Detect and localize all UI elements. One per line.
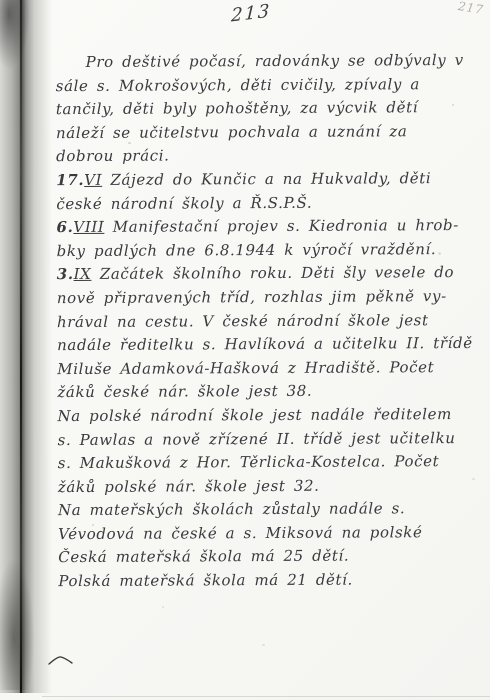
handwritten-line: tančily, děti byly pohoštěny, za výcvik … bbox=[56, 96, 476, 122]
date-number: 17. bbox=[56, 171, 84, 189]
scanned-chronicle-page: 213 217 Pro deštivé počasí, radovánky se… bbox=[0, 0, 490, 700]
paper-speckle bbox=[162, 606, 164, 608]
handwritten-line: Polská mateřská škola má 21 dětí. bbox=[58, 568, 478, 594]
handwritten-line: žáků české nár. škole jest 38. bbox=[57, 379, 477, 405]
handwritten-line: Česká mateřská škola má 25 dětí. bbox=[58, 544, 478, 570]
handwritten-text-block: Pro deštivé počasí, radovánky se odbýval… bbox=[56, 49, 479, 594]
roman-month: VI bbox=[84, 171, 102, 189]
paper-speckle bbox=[452, 104, 454, 106]
handwritten-line: nově připravených tříd, rozhlas jim pěkn… bbox=[57, 285, 477, 311]
corner-pencil-number: 217 bbox=[457, 0, 485, 17]
handwritten-line-dated: 3.IX Začátek školního roku. Děti šly ves… bbox=[57, 261, 477, 287]
paper-speckle bbox=[318, 88, 320, 90]
binding-ink-blot bbox=[0, 560, 34, 690]
handwritten-line: s. Makušková z Hor. Těrlicka-Kostelca. P… bbox=[58, 450, 478, 476]
paper-speckle bbox=[262, 644, 265, 646]
handwritten-line-dated: 6.VIII Manifestační projev s. Kiedronia … bbox=[56, 214, 476, 240]
handwritten-line: sále s. Mokrošových, děti cvičily, zpíva… bbox=[56, 72, 476, 98]
handwritten-line: nadále ředitelku s. Havlíková a učitelku… bbox=[57, 332, 477, 358]
stray-pen-mark bbox=[48, 655, 74, 667]
handwritten-line: Miluše Adamková-Hašková z Hradiště. Poče… bbox=[57, 356, 477, 382]
scan-edge-line bbox=[42, 696, 490, 697]
handwritten-line: Na polské národní škole jest nadále ředi… bbox=[57, 403, 477, 429]
handwritten-line: náleží se učitelstvu pochvala a uznání z… bbox=[56, 120, 476, 146]
handwritten-line: bky padlých dne 6.8.1944 k výročí vraždě… bbox=[57, 238, 477, 264]
handwritten-line: s. Pawlas a nově zřízené II. třídě jest … bbox=[58, 426, 478, 452]
page-number: 213 bbox=[231, 0, 272, 26]
handwritten-line: české národní školy a Ř.S.P.Š. bbox=[56, 190, 476, 216]
handwritten-line: Na mateřských školách zůstaly nadále s. bbox=[58, 497, 478, 523]
handwritten-line-dated: 17.VI Zájezd do Kunčic a na Hukvaldy, dě… bbox=[56, 167, 476, 193]
paper-speckle bbox=[92, 524, 94, 526]
roman-month: IX bbox=[74, 265, 92, 283]
handwritten-line: Vévodová na české a s. Miksová na polské bbox=[58, 521, 478, 547]
paper-speckle bbox=[128, 142, 131, 144]
paper-speckle bbox=[438, 252, 441, 255]
handwritten-line: Pro deštivé počasí, radovánky se odbýval… bbox=[56, 49, 476, 75]
handwritten-line: dobrou práci. bbox=[56, 143, 476, 169]
handwritten-line: žáků polské nár. škole jest 32. bbox=[58, 474, 478, 500]
date-number: 3. bbox=[57, 265, 74, 283]
date-number: 6. bbox=[56, 218, 73, 236]
handwritten-line: hrával na cestu. V české národní škole j… bbox=[57, 308, 477, 334]
roman-month: VIII bbox=[73, 218, 104, 236]
paper-speckle bbox=[472, 478, 475, 480]
